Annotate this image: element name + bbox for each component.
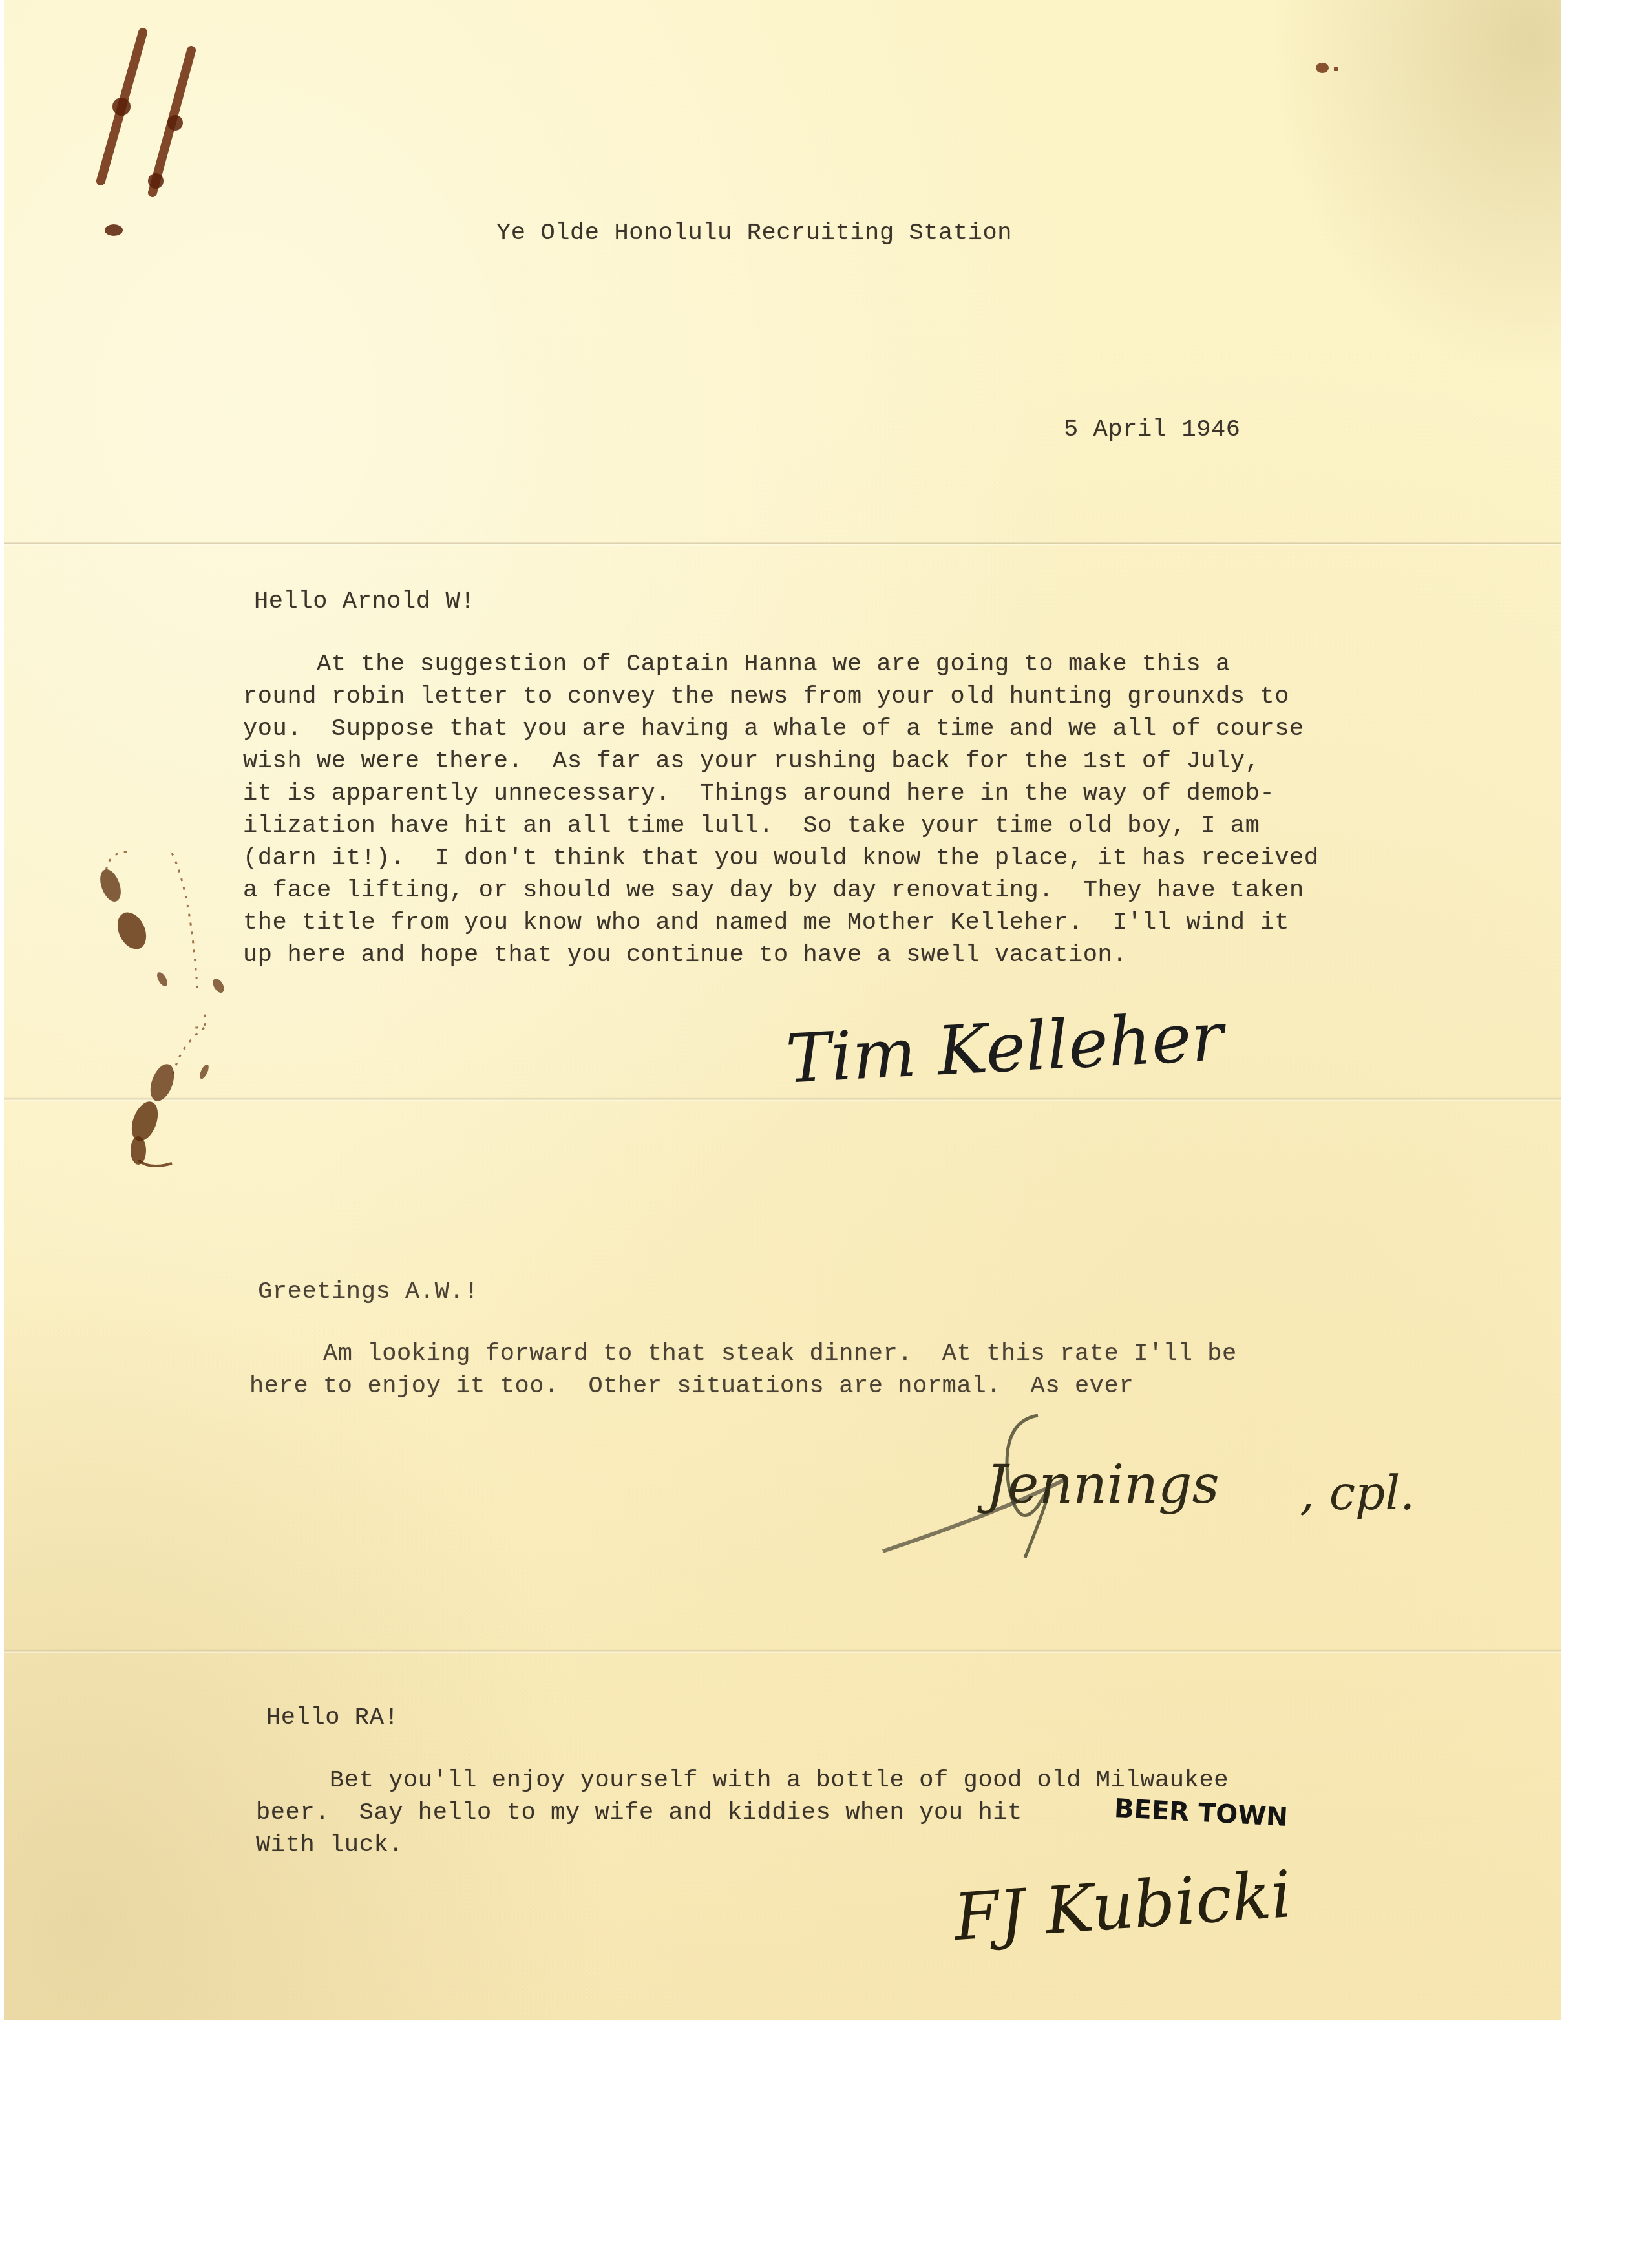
- fold-crease-1: [4, 542, 1561, 546]
- body-line: wish we were there. As far as your rushi…: [243, 745, 1260, 778]
- body-line: beer. Say hello to my wife and kiddies w…: [256, 1797, 1022, 1830]
- letter-date: 5 April 1946: [1064, 414, 1241, 447]
- body-line: up here and hope that you continue to ha…: [243, 939, 1127, 972]
- body-line: Bet you'll enjoy yourself with a bottle …: [256, 1765, 1229, 1797]
- ink-spot-icon: [1309, 55, 1348, 81]
- signature-jennings: Jennings: [986, 1454, 1220, 1516]
- margin-mark-icon: [88, 26, 217, 239]
- letterhead-title: Ye Olde Honolulu Recruiting Station: [496, 217, 1012, 250]
- body-line: (darn it!). I don't think that you would…: [243, 842, 1319, 875]
- body-line: At the suggestion of Captain Hanna we ar…: [243, 648, 1231, 681]
- salutation: Hello Arnold W!: [254, 586, 475, 619]
- body-line: a face lifting, or should we say day by …: [243, 874, 1304, 907]
- body-line: With luck.: [256, 1829, 403, 1862]
- body-line: it is apparently unnecessary. Things aro…: [243, 778, 1274, 811]
- fold-crease-2: [4, 1097, 1561, 1101]
- body-line: the title from you know who and named me…: [243, 907, 1289, 940]
- clip-stain-icon: [81, 834, 230, 1306]
- signature-fj-kubicki: FJ Kubicki: [952, 1856, 1294, 1955]
- body-line: Am looking forward to that steak dinner.…: [249, 1338, 1237, 1371]
- body-line: you. Suppose that you are having a whale…: [243, 713, 1304, 746]
- salutation: Hello RA!: [266, 1702, 399, 1735]
- fold-crease-3: [4, 1649, 1561, 1653]
- handwritten-insert-beer-town: BEER TOWN: [1114, 1794, 1289, 1832]
- salutation: Greetings A.W.!: [258, 1276, 479, 1309]
- signature-tim-kelleher: Tim Kelleher: [784, 997, 1225, 1098]
- signature-rank-cpl: , cpl.: [1300, 1466, 1415, 1520]
- body-line: round robin letter to convey the news fr…: [243, 681, 1289, 714]
- body-line: ilization have hit an all time lull. So …: [243, 810, 1260, 843]
- letter-paper: Ye Olde Honolulu Recruiting Station 5 Ap…: [4, 0, 1561, 2020]
- body-line: here to enjoy it too. Other situations a…: [249, 1370, 1134, 1403]
